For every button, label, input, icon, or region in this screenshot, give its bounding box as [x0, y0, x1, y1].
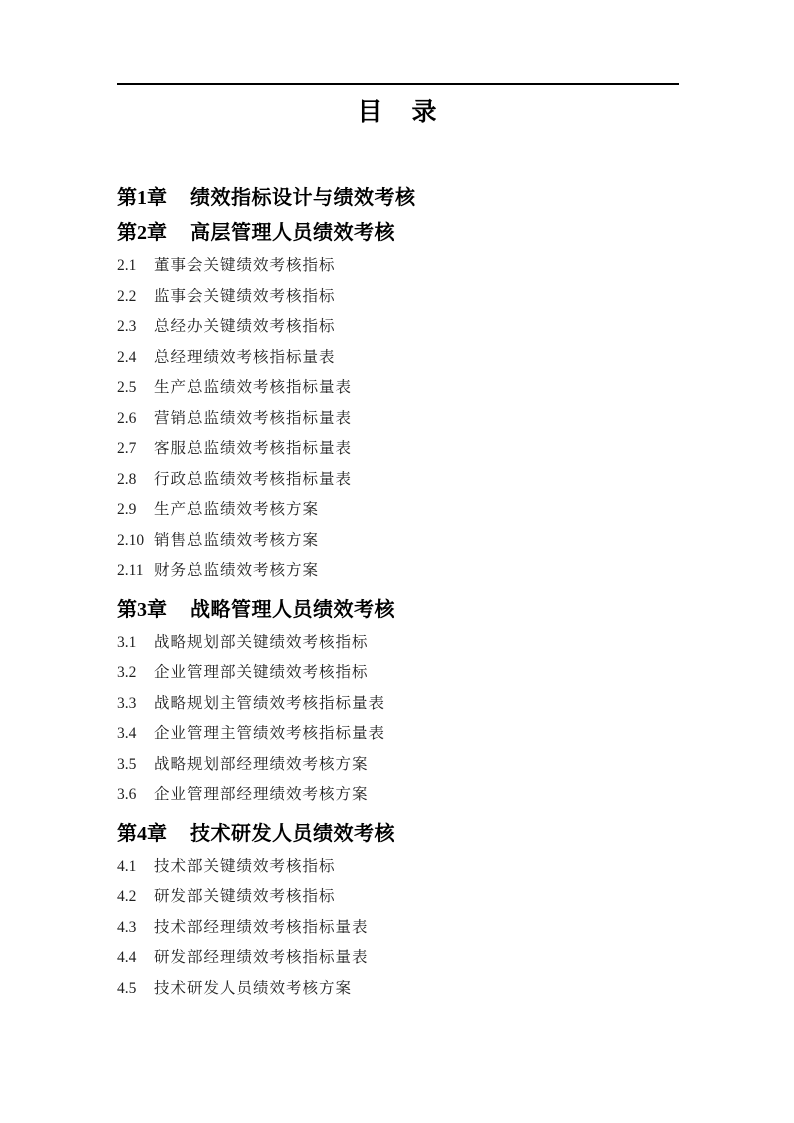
toc-entry-title: 生产总监绩效考核方案 [154, 495, 679, 526]
toc-entry-title: 研发部关键绩效考核指标 [154, 882, 679, 913]
toc-entry: 4.2 研发部关键绩效考核指标 [117, 882, 679, 913]
toc-entry-title: 客服总监绩效考核指标量表 [154, 434, 679, 465]
toc-entry-title: 营销总监绩效考核指标量表 [154, 404, 679, 435]
toc-entry: 2.1 董事会关键绩效考核指标 [117, 251, 679, 282]
chapter-title: 战略管理人员绩效考核 [190, 599, 679, 622]
toc-chapters: 第1章 绩效指标设计与绩效考核 第2章 高层管理人员绩效考核 2.1 董事会关键… [117, 187, 679, 1004]
toc-entry: 2.8 行政总监绩效考核指标量表 [117, 465, 679, 496]
toc-entry: 3.6 企业管理部经理绩效考核方案 [117, 780, 679, 811]
toc-entry-title: 战略规划部关键绩效考核指标 [154, 628, 679, 659]
toc-entry: 4.5 技术研发人员绩效考核方案 [117, 974, 679, 1005]
toc-entry-number: 2.5 [117, 373, 154, 404]
chapter-items: 3.1 战略规划部关键绩效考核指标 3.2 企业管理部关键绩效考核指标 3.3 … [117, 628, 679, 811]
toc-entry-number: 3.4 [117, 719, 154, 750]
toc-entry-number: 2.1 [117, 251, 154, 282]
toc-entry-title: 财务总监绩效考核方案 [154, 556, 679, 587]
chapter-number: 第1章 [117, 187, 190, 210]
toc-entry-number: 4.3 [117, 913, 154, 944]
toc-entry-number: 2.11 [117, 556, 154, 587]
toc-entry-number: 4.4 [117, 943, 154, 974]
toc-entry: 2.10 销售总监绩效考核方案 [117, 526, 679, 557]
chapter-title: 高层管理人员绩效考核 [190, 222, 679, 245]
chapter-title: 技术研发人员绩效考核 [190, 823, 679, 846]
header-rule [117, 83, 679, 85]
toc-entry-number: 2.3 [117, 312, 154, 343]
toc-entry-number: 3.1 [117, 628, 154, 659]
toc-entry-title: 战略规划部经理绩效考核方案 [154, 750, 679, 781]
page-title: 目 录 [117, 97, 679, 129]
toc-entry: 3.1 战略规划部关键绩效考核指标 [117, 628, 679, 659]
toc-entry-title: 总经办关键绩效考核指标 [154, 312, 679, 343]
toc-entry-title: 总经理绩效考核指标量表 [154, 343, 679, 374]
chapter-items: 4.1 技术部关键绩效考核指标 4.2 研发部关键绩效考核指标 4.3 技术部经… [117, 852, 679, 1005]
toc-entry: 3.5 战略规划部经理绩效考核方案 [117, 750, 679, 781]
toc-entry-number: 2.8 [117, 465, 154, 496]
toc-entry: 2.2 监事会关键绩效考核指标 [117, 282, 679, 313]
toc-chapter: 第1章 绩效指标设计与绩效考核 [117, 187, 679, 210]
chapter-number: 第4章 [117, 823, 190, 846]
toc-entry-number: 3.3 [117, 689, 154, 720]
toc-entry-title: 生产总监绩效考核指标量表 [154, 373, 679, 404]
toc-entry-title: 监事会关键绩效考核指标 [154, 282, 679, 313]
chapter-heading: 第3章 战略管理人员绩效考核 [117, 599, 679, 622]
chapter-heading: 第1章 绩效指标设计与绩效考核 [117, 187, 679, 210]
toc-entry: 3.4 企业管理主管绩效考核指标量表 [117, 719, 679, 750]
toc-entry-title: 技术研发人员绩效考核方案 [154, 974, 679, 1005]
toc-entry-title: 董事会关键绩效考核指标 [154, 251, 679, 282]
toc-entry: 4.1 技术部关键绩效考核指标 [117, 852, 679, 883]
toc-entry: 2.11 财务总监绩效考核方案 [117, 556, 679, 587]
toc-chapter: 第4章 技术研发人员绩效考核 4.1 技术部关键绩效考核指标 4.2 研发部关键… [117, 823, 679, 1005]
chapter-number: 第2章 [117, 222, 190, 245]
toc-entry-number: 2.9 [117, 495, 154, 526]
chapter-heading: 第4章 技术研发人员绩效考核 [117, 823, 679, 846]
toc-entry: 4.4 研发部经理绩效考核指标量表 [117, 943, 679, 974]
toc-entry-title: 技术部关键绩效考核指标 [154, 852, 679, 883]
toc-entry-number: 4.1 [117, 852, 154, 883]
toc-entry-number: 4.5 [117, 974, 154, 1005]
toc-entry: 2.4 总经理绩效考核指标量表 [117, 343, 679, 374]
toc-entry-number: 2.10 [117, 526, 154, 557]
toc-chapter: 第2章 高层管理人员绩效考核 2.1 董事会关键绩效考核指标 2.2 监事会关键… [117, 222, 679, 587]
chapter-heading: 第2章 高层管理人员绩效考核 [117, 222, 679, 245]
toc-entry-number: 3.6 [117, 780, 154, 811]
chapter-title: 绩效指标设计与绩效考核 [190, 187, 679, 210]
toc-entry-title: 技术部经理绩效考核指标量表 [154, 913, 679, 944]
toc-entry-number: 2.2 [117, 282, 154, 313]
toc-entry: 2.7 客服总监绩效考核指标量表 [117, 434, 679, 465]
toc-entry-title: 企业管理主管绩效考核指标量表 [154, 719, 679, 750]
toc-entry-number: 2.4 [117, 343, 154, 374]
toc-entry-number: 2.7 [117, 434, 154, 465]
toc-entry-title: 企业管理部经理绩效考核方案 [154, 780, 679, 811]
toc-entry-number: 2.6 [117, 404, 154, 435]
toc-entry: 2.6 营销总监绩效考核指标量表 [117, 404, 679, 435]
toc-entry-number: 4.2 [117, 882, 154, 913]
toc-chapter: 第3章 战略管理人员绩效考核 3.1 战略规划部关键绩效考核指标 3.2 企业管… [117, 599, 679, 811]
chapter-items: 2.1 董事会关键绩效考核指标 2.2 监事会关键绩效考核指标 2.3 总经办关… [117, 251, 679, 587]
toc-entry: 2.3 总经办关键绩效考核指标 [117, 312, 679, 343]
document-page: 目 录 第1章 绩效指标设计与绩效考核 第2章 高层管理人员绩效考核 2.1 董… [0, 0, 794, 1123]
toc-entry-title: 企业管理部关键绩效考核指标 [154, 658, 679, 689]
toc-entry-number: 3.5 [117, 750, 154, 781]
toc-entry-title: 销售总监绩效考核方案 [154, 526, 679, 557]
toc-entry-title: 战略规划主管绩效考核指标量表 [154, 689, 679, 720]
toc-entry: 4.3 技术部经理绩效考核指标量表 [117, 913, 679, 944]
toc-entry: 3.2 企业管理部关键绩效考核指标 [117, 658, 679, 689]
toc-entry: 2.9 生产总监绩效考核方案 [117, 495, 679, 526]
toc-entry-title: 行政总监绩效考核指标量表 [154, 465, 679, 496]
toc-entry: 3.3 战略规划主管绩效考核指标量表 [117, 689, 679, 720]
toc-entry: 2.5 生产总监绩效考核指标量表 [117, 373, 679, 404]
toc-entry-title: 研发部经理绩效考核指标量表 [154, 943, 679, 974]
chapter-number: 第3章 [117, 599, 190, 622]
toc-entry-number: 3.2 [117, 658, 154, 689]
